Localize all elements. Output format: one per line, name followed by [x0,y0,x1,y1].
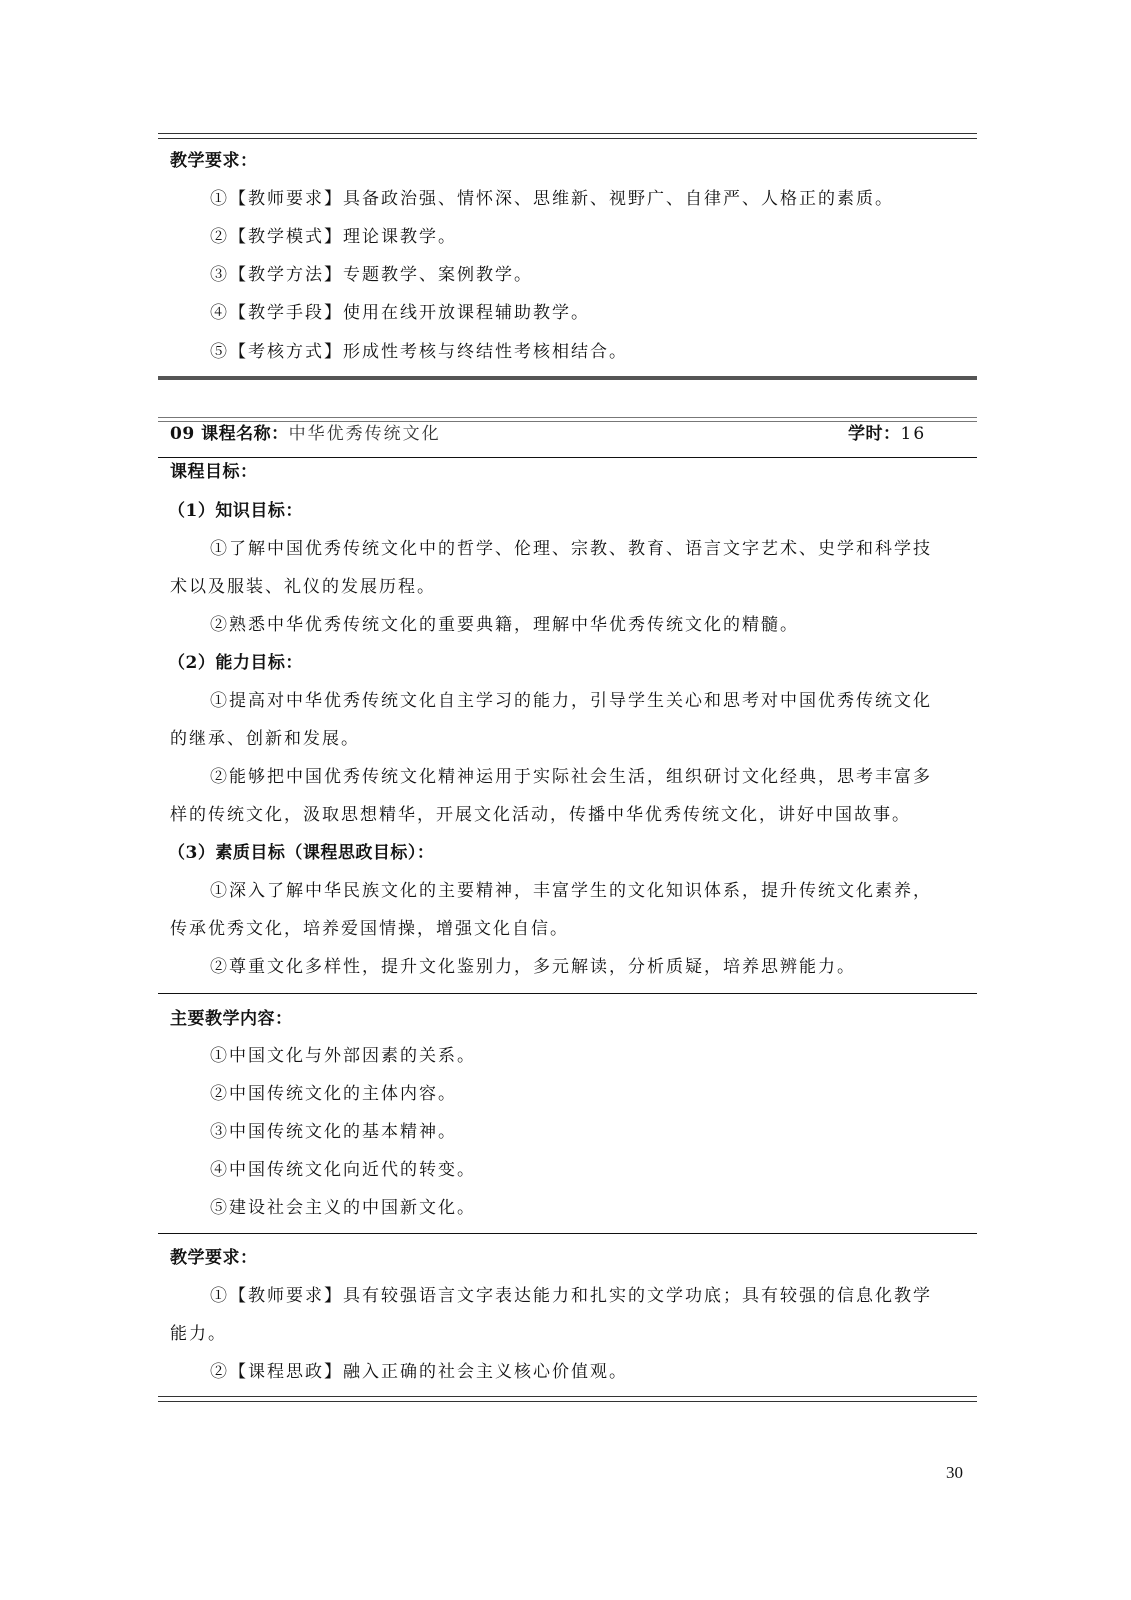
objective-text: 的继承、创新和发展。 [170,728,360,750]
requirement-item: ①【教师要求】具有较强语言文字表达能力和扎实的文学功底；具有较强的信息化教学 [210,1285,932,1307]
objective-text: ①深入了解中华民族文化的主要精神，丰富学生的文化知识体系，提升传统文化素养， [210,880,932,902]
content-item: ⑤建设社会主义的中国新文化。 [210,1197,476,1219]
row-divider [158,993,977,994]
requirement-item: ①【教师要求】具备政治强、情怀深、思维新、视野广、自律严、人格正的素质。 [210,188,894,210]
objective-text: ②能够把中国优秀传统文化精神运用于实际社会生活，组织研讨文化经典，思考丰富多 [210,766,932,788]
course-number-label: 09 课程名称： [170,424,289,444]
objective-text: ①提高对中华优秀传统文化自主学习的能力，引导学生关心和思考对中国优秀传统文化 [210,690,932,712]
requirement-item: ⑤【考核方式】形成性考核与终结性考核相结合。 [210,341,628,363]
objective-text: 术以及服装、礼仪的发展历程。 [170,576,436,598]
hours-label: 学时： [848,424,901,444]
ability-objectives-heading: （2）能力目标： [168,652,303,674]
table-border-top [158,417,977,422]
course-header-row: 09 课程名称：中华优秀传统文化 [170,423,441,445]
hours-value: 16 [901,424,927,444]
requirement-item: ②【课程思政】融入正确的社会主义核心价值观。 [210,1361,628,1383]
row-divider [158,457,977,458]
objective-text: ②尊重文化多样性，提升文化鉴别力，多元解读，分析质疑，培养思辨能力。 [210,956,856,978]
content-item: ②中国传统文化的主体内容。 [210,1083,457,1105]
requirement-item: ②【教学模式】理论课教学。 [210,226,457,248]
row-divider [158,1233,977,1234]
teaching-requirements-heading: 教学要求： [170,150,258,172]
requirement-item: ③【教学方法】专题教学、案例教学。 [210,264,533,286]
content-item: ①中国文化与外部因素的关系。 [210,1045,476,1067]
quality-objectives-heading: （3）素质目标（课程思政目标）： [168,842,434,864]
table-border-bottom [158,1396,977,1402]
content-item: ③中国传统文化的基本精神。 [210,1121,457,1143]
objective-text: 传承优秀文化，培养爱国情操，增强文化自信。 [170,918,569,940]
content-item: ④中国传统文化向近代的转变。 [210,1159,476,1181]
knowledge-objectives-heading: （1）知识目标： [168,500,303,522]
requirement-item: 能力。 [170,1323,227,1345]
main-content-heading: 主要教学内容： [170,1008,293,1030]
course-hours: 学时：16 [848,423,926,445]
objective-text: ①了解中国优秀传统文化中的哲学、伦理、宗教、教育、语言文字艺术、史学和科学技 [210,538,932,560]
table-border-top [158,133,977,139]
page-number: 30 [946,1463,963,1483]
objective-text: ②熟悉中华优秀传统文化的重要典籍，理解中华优秀传统文化的精髓。 [210,614,799,636]
requirement-item: ④【教学手段】使用在线开放课程辅助教学。 [210,302,590,324]
objective-text: 样的传统文化，汲取思想精华，开展文化活动，传播中华优秀传统文化，讲好中国故事。 [170,804,911,826]
objectives-heading: 课程目标： [170,461,258,483]
teaching-requirements-heading: 教学要求： [170,1247,258,1269]
document-page: 教学要求： ①【教师要求】具备政治强、情怀深、思维新、视野广、自律严、人格正的素… [0,0,1131,1600]
course-name: 中华优秀传统文化 [289,424,441,444]
table-border-bottom [158,376,977,380]
